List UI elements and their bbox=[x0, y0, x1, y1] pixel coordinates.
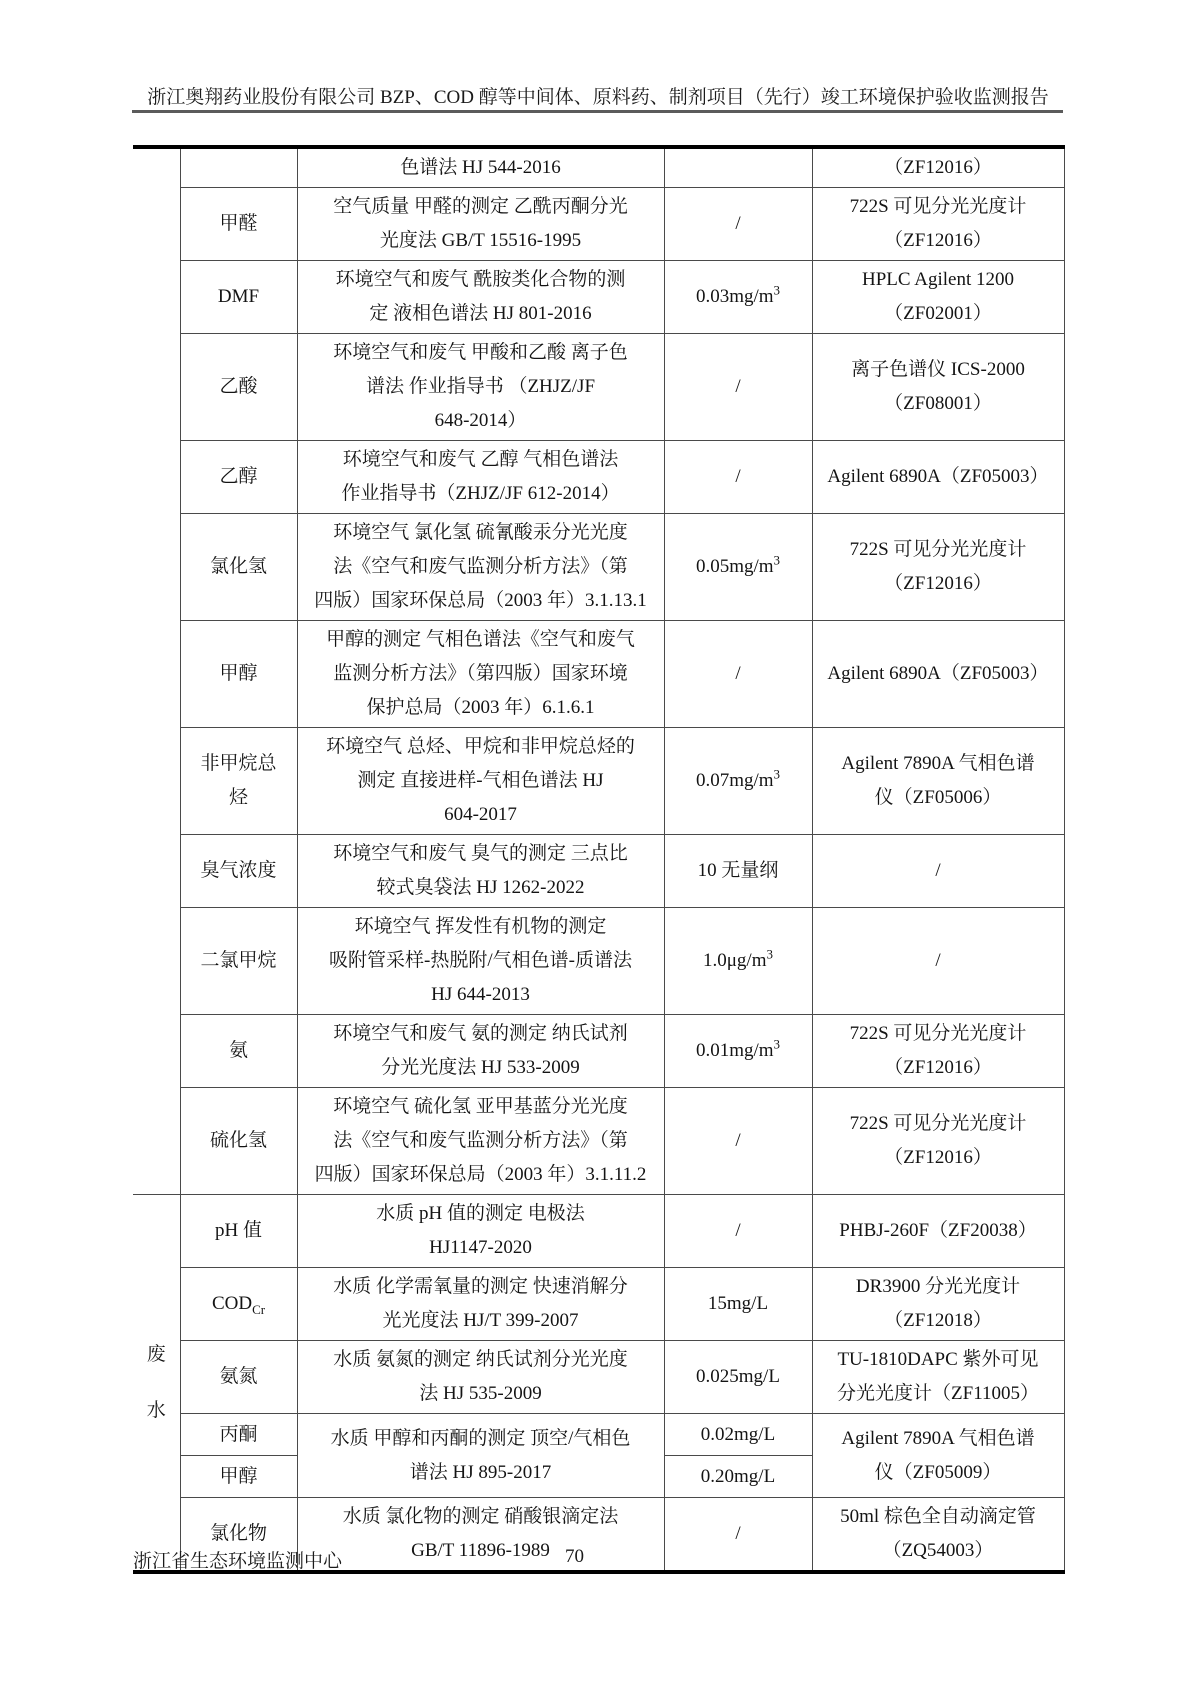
detection-limit-cell: 0.05mg/m3 bbox=[664, 514, 812, 621]
parameter-cell: CODCr bbox=[180, 1268, 297, 1341]
report-page: 浙江奥翔药业股份有限公司 BZP、COD 醇等中间体、原料药、制剂项目（先行）竣… bbox=[0, 0, 1190, 1683]
instrument-cell: 722S 可见分光光度计 （ZF12016） bbox=[812, 1015, 1064, 1088]
table-row: 臭气浓度 环境空气和废气 臭气的测定 三点比 较式臭袋法 HJ 1262-202… bbox=[133, 835, 1064, 908]
table-row: 乙醇 环境空气和废气 乙醇 气相色谱法 作业指导书（ZHJZ/JF 612-20… bbox=[133, 441, 1064, 514]
table-row: 甲醛 空气质量 甲醛的测定 乙酰丙酮分光 光度法 GB/T 15516-1995… bbox=[133, 188, 1064, 261]
parameter-cell: 硫化氢 bbox=[180, 1088, 297, 1195]
table-row: 乙酸 环境空气和废气 甲酸和乙酸 离子色 谱法 作业指导书 （ZHJZ/JF 6… bbox=[133, 334, 1064, 441]
instrument-cell: （ZF12016） bbox=[812, 147, 1064, 188]
table-row: 废水 pH 值 水质 pH 值的测定 电极法 HJ1147-2020 / PHB… bbox=[133, 1195, 1064, 1268]
table-row: 丙酮 水质 甲醇和丙酮的测定 顶空/气相色 谱法 HJ 895-2017 0.0… bbox=[133, 1414, 1064, 1456]
detection-limit-cell: / bbox=[664, 334, 812, 441]
category-cell-waste-gas bbox=[133, 147, 180, 1195]
parameter-cell: 氯化氢 bbox=[180, 514, 297, 621]
method-cell: 环境空气 挥发性有机物的测定 吸附管采样-热脱附/气相色谱-质谱法 HJ 644… bbox=[297, 908, 664, 1015]
detection-limit-cell: / bbox=[664, 188, 812, 261]
table-row: 氨氮 水质 氨氮的测定 纳氏试剂分光光度 法 HJ 535-2009 0.025… bbox=[133, 1341, 1064, 1414]
detection-limit-cell: / bbox=[664, 1088, 812, 1195]
parameter-cell: 非甲烷总 烃 bbox=[180, 728, 297, 835]
header-rule bbox=[132, 110, 1063, 113]
parameter-cell: 甲醇 bbox=[180, 1456, 297, 1498]
detection-limit-cell: 10 无量纲 bbox=[664, 835, 812, 908]
instrument-cell: TU-1810DAPC 紫外可见 分光光度计（ZF11005） bbox=[812, 1341, 1064, 1414]
detection-limit-cell: 0.20mg/L bbox=[664, 1456, 812, 1498]
table-row: 硫化氢 环境空气 硫化氢 亚甲基蓝分光光度 法《空气和废气监测分析方法》（第 四… bbox=[133, 1088, 1064, 1195]
method-cell: 环境空气和废气 乙醇 气相色谱法 作业指导书（ZHJZ/JF 612-2014） bbox=[297, 441, 664, 514]
detection-limit-cell: / bbox=[664, 1195, 812, 1268]
method-cell: 空气质量 甲醛的测定 乙酰丙酮分光 光度法 GB/T 15516-1995 bbox=[297, 188, 664, 261]
table-row: 色谱法 HJ 544-2016 （ZF12016） bbox=[133, 147, 1064, 188]
parameter-cell: 乙酸 bbox=[180, 334, 297, 441]
instrument-cell: / bbox=[812, 835, 1064, 908]
detection-limit-cell: 1.0μg/m3 bbox=[664, 908, 812, 1015]
instrument-cell: 722S 可见分光光度计 （ZF12016） bbox=[812, 1088, 1064, 1195]
method-cell: 色谱法 HJ 544-2016 bbox=[297, 147, 664, 188]
table-row: DMF 环境空气和废气 酰胺类化合物的测 定 液相色谱法 HJ 801-2016… bbox=[133, 261, 1064, 334]
detection-limit-cell: 0.025mg/L bbox=[664, 1341, 812, 1414]
parameter-cell: 氨 bbox=[180, 1015, 297, 1088]
detection-limit-cell: / bbox=[664, 441, 812, 514]
table-row: 二氯甲烷 环境空气 挥发性有机物的测定 吸附管采样-热脱附/气相色谱-质谱法 H… bbox=[133, 908, 1064, 1015]
detection-limit-cell: 0.01mg/m3 bbox=[664, 1015, 812, 1088]
instrument-cell: DR3900 分光光度计 （ZF12018） bbox=[812, 1268, 1064, 1341]
method-cell: 水质 化学需氧量的测定 快速消解分 光光度法 HJ/T 399-2007 bbox=[297, 1268, 664, 1341]
parameter-cell: pH 值 bbox=[180, 1195, 297, 1268]
parameter-cell: 甲醇 bbox=[180, 621, 297, 728]
method-cell: 水质 甲醇和丙酮的测定 顶空/气相色 谱法 HJ 895-2017 bbox=[297, 1414, 664, 1498]
table-row: 非甲烷总 烃 环境空气 总烃、甲烷和非甲烷总烃的 测定 直接进样-气相色谱法 H… bbox=[133, 728, 1064, 835]
method-cell: 环境空气 氯化氢 硫氰酸汞分光光度 法《空气和废气监测分析方法》（第 四版）国家… bbox=[297, 514, 664, 621]
detection-limit-cell: 0.07mg/m3 bbox=[664, 728, 812, 835]
parameter-cell: 乙醇 bbox=[180, 441, 297, 514]
parameter-cell: DMF bbox=[180, 261, 297, 334]
parameter-cell: 二氯甲烷 bbox=[180, 908, 297, 1015]
category-cell-waste-water: 废水 bbox=[133, 1195, 180, 1573]
parameter-cell: 氨氮 bbox=[180, 1341, 297, 1414]
instrument-cell: Agilent 7890A 气相色谱 仪（ZF05006） bbox=[812, 728, 1064, 835]
method-cell: 环境空气 总烃、甲烷和非甲烷总烃的 测定 直接进样-气相色谱法 HJ 604-2… bbox=[297, 728, 664, 835]
detection-limit-cell: 15mg/L bbox=[664, 1268, 812, 1341]
page-header-title: 浙江奥翔药业股份有限公司 BZP、COD 醇等中间体、原料药、制剂项目（先行）竣… bbox=[130, 82, 1066, 109]
table-row: 氯化氢 环境空气 氯化氢 硫氰酸汞分光光度 法《空气和废气监测分析方法》（第 四… bbox=[133, 514, 1064, 621]
parameter-cell bbox=[180, 147, 297, 188]
instrument-cell: HPLC Agilent 1200 （ZF02001） bbox=[812, 261, 1064, 334]
instrument-cell: 722S 可见分光光度计 （ZF12016） bbox=[812, 188, 1064, 261]
instrument-cell: Agilent 7890A 气相色谱 仪（ZF05009） bbox=[812, 1414, 1064, 1498]
table-row: 甲醇 甲醇的测定 气相色谱法《空气和废气 监测分析方法》（第四版）国家环境 保护… bbox=[133, 621, 1064, 728]
detection-limit-cell: / bbox=[664, 621, 812, 728]
parameter-cell: 臭气浓度 bbox=[180, 835, 297, 908]
table-row: CODCr 水质 化学需氧量的测定 快速消解分 光光度法 HJ/T 399-20… bbox=[133, 1268, 1064, 1341]
parameter-cell: 甲醛 bbox=[180, 188, 297, 261]
table-row: 氨 环境空气和废气 氨的测定 纳氏试剂 分光光度法 HJ 533-2009 0.… bbox=[133, 1015, 1064, 1088]
instrument-cell: 722S 可见分光光度计 （ZF12016） bbox=[812, 514, 1064, 621]
parameter-cell: 丙酮 bbox=[180, 1414, 297, 1456]
page-number: 70 bbox=[565, 1546, 584, 1568]
method-cell: 水质 氨氮的测定 纳氏试剂分光光度 法 HJ 535-2009 bbox=[297, 1341, 664, 1414]
method-cell: 甲醇的测定 气相色谱法《空气和废气 监测分析方法》（第四版）国家环境 保护总局（… bbox=[297, 621, 664, 728]
instrument-cell: / bbox=[812, 908, 1064, 1015]
page-footer: 浙江省生态环境监测中心 70 bbox=[133, 1546, 1063, 1573]
detection-limit-cell: 0.03mg/m3 bbox=[664, 261, 812, 334]
method-cell: 环境空气 硫化氢 亚甲基蓝分光光度 法《空气和废气监测分析方法》（第 四版）国家… bbox=[297, 1088, 664, 1195]
method-cell: 环境空气和废气 臭气的测定 三点比 较式臭袋法 HJ 1262-2022 bbox=[297, 835, 664, 908]
instrument-cell: Agilent 6890A（ZF05003） bbox=[812, 621, 1064, 728]
instrument-cell: 离子色谱仪 ICS-2000 （ZF08001） bbox=[812, 334, 1064, 441]
method-cell: 环境空气和废气 甲酸和乙酸 离子色 谱法 作业指导书 （ZHJZ/JF 648-… bbox=[297, 334, 664, 441]
method-cell: 水质 pH 值的测定 电极法 HJ1147-2020 bbox=[297, 1195, 664, 1268]
footer-center-name: 浙江省生态环境监测中心 bbox=[133, 1551, 342, 1572]
detection-limit-cell: 0.02mg/L bbox=[664, 1414, 812, 1456]
method-cell: 环境空气和废气 氨的测定 纳氏试剂 分光光度法 HJ 533-2009 bbox=[297, 1015, 664, 1088]
monitoring-methods-table: 色谱法 HJ 544-2016 （ZF12016） 甲醛 空气质量 甲醛的测定 … bbox=[133, 145, 1065, 1574]
method-cell: 环境空气和废气 酰胺类化合物的测 定 液相色谱法 HJ 801-2016 bbox=[297, 261, 664, 334]
instrument-cell: PHBJ-260F（ZF20038） bbox=[812, 1195, 1064, 1268]
category-label: 废水 bbox=[147, 1327, 166, 1439]
detection-limit-cell bbox=[664, 147, 812, 188]
instrument-cell: Agilent 6890A（ZF05003） bbox=[812, 441, 1064, 514]
